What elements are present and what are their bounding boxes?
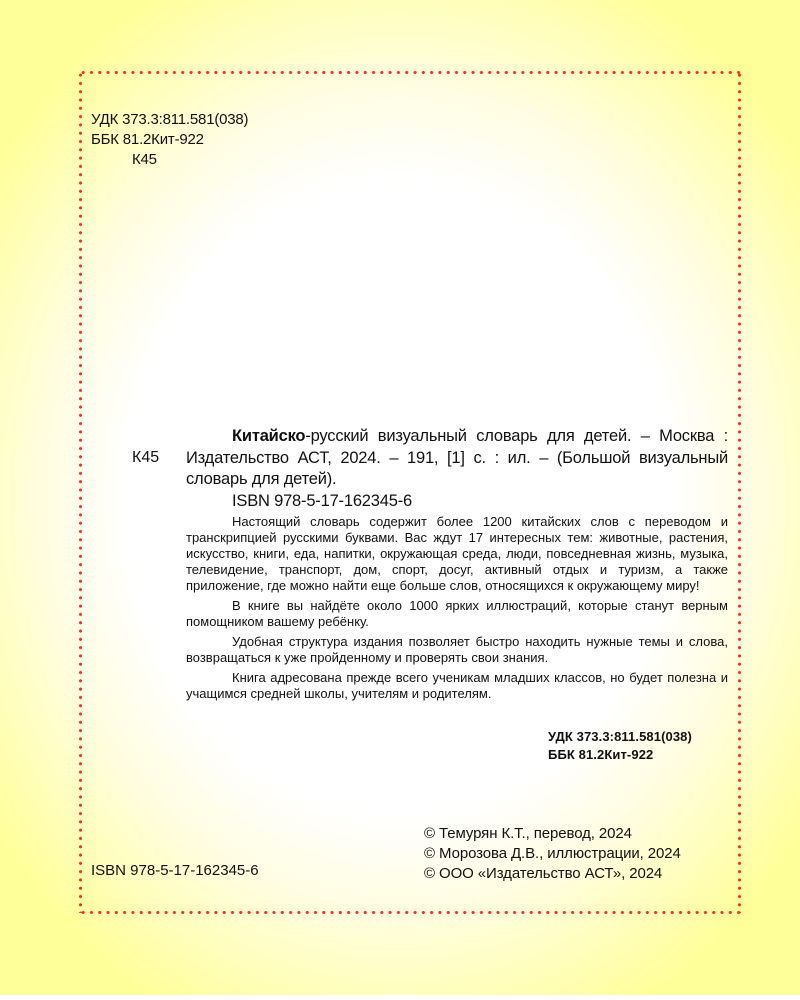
bibliographic-title-block: Китайско-русский визуальный словарь для … [186, 426, 728, 512]
isbn-bottom: ISBN 978-5-17-162345-6 [91, 861, 259, 881]
dotted-border-top [79, 71, 741, 74]
copyright-publisher: © ООО «Издательство АСТ», 2024 [424, 864, 681, 884]
copyright-block: © Темурян К.Т., перевод, 2024 © Морозова… [424, 824, 681, 884]
annotation-block: Настоящий словарь содержит более 1200 ки… [186, 514, 728, 706]
dotted-border-bottom [79, 911, 741, 914]
annotation-paragraph-3: Удобная структура издания позволяет быст… [186, 634, 728, 666]
isbn-catalog: ISBN 978-5-17-162345-6 [186, 491, 728, 513]
author-mark-top: К45 [132, 150, 157, 170]
title-line-2: Издательство АСТ, 2024. – 191, [1] с. : … [186, 448, 728, 470]
annotation-paragraph-4: Книга адресована прежде всего ученикам м… [186, 670, 728, 702]
author-mark-catalog: К45 [132, 447, 159, 468]
copyright-translation: © Темурян К.Т., перевод, 2024 [424, 824, 681, 844]
dotted-border-left [79, 71, 82, 913]
dotted-border-right [738, 71, 741, 913]
annotation-paragraph-1: Настоящий словарь содержит более 1200 ки… [186, 514, 728, 594]
bbk-code-top: ББК 81.2Кит-922 [91, 130, 204, 150]
title-bold: Китайско [232, 427, 305, 445]
classification-codes: УДК 373.3:811.581(038) ББК 81.2Кит-922 [548, 728, 692, 764]
title-line-3: словарь для детей). [186, 469, 728, 491]
annotation-paragraph-2: В книге вы найдёте около 1000 ярких иллю… [186, 598, 728, 630]
title-line-1: Китайско-русский визуальный словарь для … [186, 426, 728, 448]
copyright-illustrations: © Морозова Д.В., иллюстрации, 2024 [424, 844, 681, 864]
udk-code-top: УДК 373.3:811.581(038) [91, 110, 248, 130]
udk-code-catalog: УДК 373.3:811.581(038) [548, 728, 692, 746]
title-line-1-rest: -русский визуальный словарь для детей. –… [305, 427, 728, 445]
bbk-code-catalog: ББК 81.2Кит-922 [548, 746, 692, 764]
